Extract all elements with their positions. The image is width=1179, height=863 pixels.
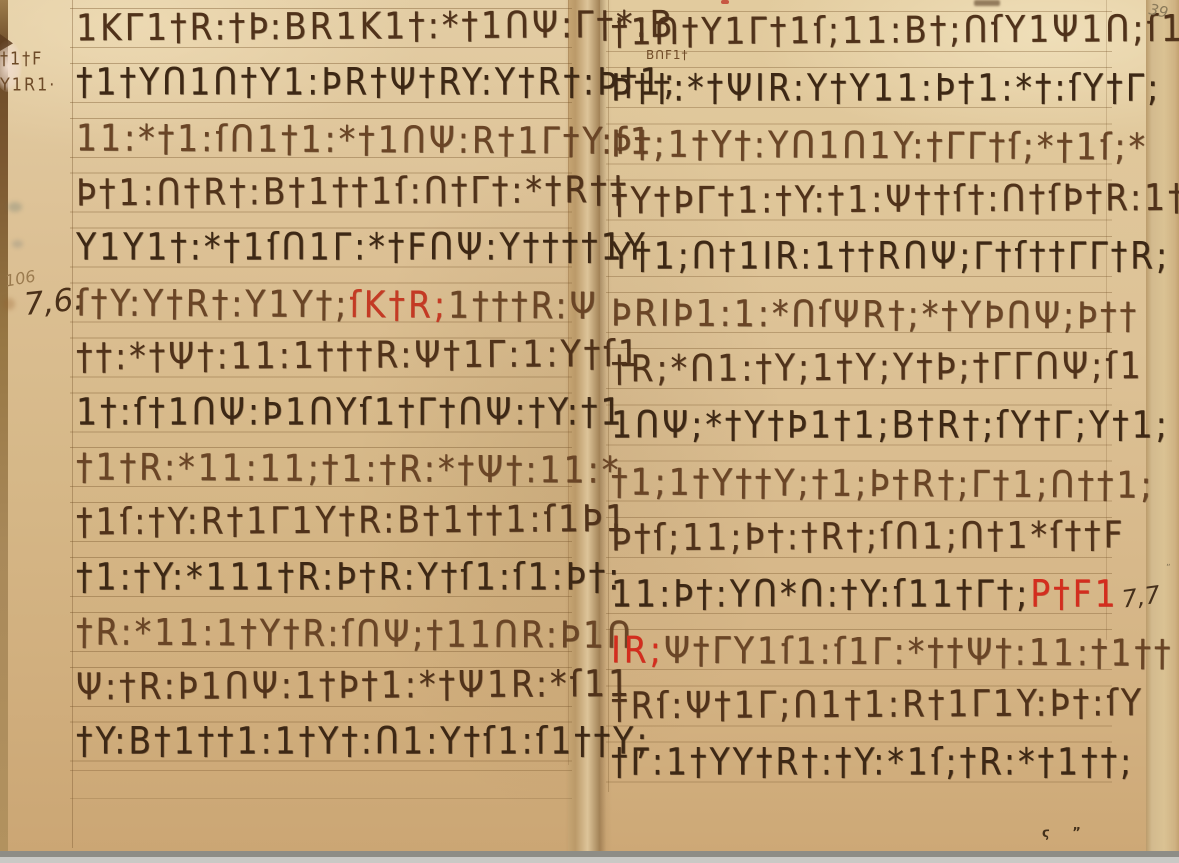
rune-text-segment: 11:Þ†:YՈ*Ո:†Y:ſ11†Γ†; — [611, 575, 1030, 612]
rune-text-line: Y†1;Ո†1IR:1††RՈΨ;Γ†ſ††ΓΓ†R; — [611, 231, 1111, 281]
rune-text-segment: †1†YՈ1Ո†Y1:ÞR†Ψ†RY:Y†R†:Þ†1; — [76, 63, 678, 100]
section-number-7-7: 7,7 — [1120, 580, 1162, 613]
rune-text-line: Y1Y1†:*†1ſՈ1Γ:*†FՈΨ:Y††††1Y — [76, 222, 568, 272]
rune-text-line: ††:*†Ψ†:11:1†††R:Ψ†1Γ:1:Y†ſ1 — [76, 328, 568, 381]
rune-text-line: †1ſ:†Y:R†1Γ1Y†R:B†1††1:ſ1Þ1 — [76, 493, 568, 546]
rune-text-line: Þ†1:Ո†R†:B†1††1ſ:Ո†Γ†:*†R†† — [76, 164, 568, 217]
rune-text-segment: †Rſ:Ψ†1Γ;Ո1†1:R†1Γ1Y:Þ†:ſY — [611, 684, 1144, 724]
tiny-margin-mark: „ — [1166, 558, 1171, 568]
rune-text-segment: Þ††:*†ΨIR:Y†Y11:Þ†1:*†:ſY†Γ; — [611, 69, 1161, 106]
rune-text-segment: ÞRIÞ1:1:*ՈſΨR†;*†YÞՈΨ;Þ†† — [611, 294, 1139, 334]
rune-text-line: †R;*Ո1:†Y;1†Y;Y†Þ;†ΓΓՈΨ;ſ1 — [611, 340, 1111, 393]
rune-text-line: 11:Þ†:YՈ*Ո:†Y:ſ11†Γ†;P†F1 — [611, 568, 1111, 618]
rune-text-line: Þ††:*†ΨIR:Y†Y11:Þ†1:*†:ſY†Γ; — [611, 62, 1111, 112]
rune-text-line: 1ՈΨ;*†Y†Þ1†1;B†R†;ſY†Γ;Y†1; — [611, 399, 1111, 449]
rune-text-segment: †1;1†Y††Y;†1;Þ†R†;Γ†1;Ո††1; — [611, 462, 1155, 502]
vertical-rule — [72, 0, 73, 848]
rune-text-segment: †1Ո†Y1Γ†1ſ;11:B†;ՈſY1Ψ1Ո;ſ1 — [611, 9, 1179, 49]
rune-text-line: ſ†Y:Y†R†:Y1Y†;ſK†R;1†††R:Ψ — [76, 277, 568, 330]
rune-text-segment: Y†1;Ո†1IR:1††RՈΨ;Γ†ſ††ΓΓ†R; — [611, 237, 1170, 274]
edge-rune-fragment: Y1R1· — [0, 71, 64, 100]
rune-text-segment: 11:*†1:ſՈ1†1:*†1ՈΨ:R†1Γ†Y:ſ1 — [76, 118, 654, 158]
rune-text-segment: †1ſ:†Y:R†1Γ1Y†R:B†1††1:ſ1Þ1 — [76, 499, 629, 539]
rune-text-segment: ſ†Y:Y†R†:Y1Y†; — [76, 283, 349, 322]
rune-text-line: †1†R:*11:11;†1:†R:*†Ψ†:11:* — [76, 441, 568, 494]
rune-text-segment: Ψ†ΓY1ſ1:ſ1Γ:*††Ψ†:11:†1†† — [664, 631, 1174, 671]
edge-rune-fragment: †1†F — [0, 46, 64, 73]
rune-text-line: †1;1†Y††Y;†1;Þ†R†;Γ†1;Ո††1; — [611, 456, 1111, 509]
rune-text-segment: †1:†Y:*111†R:Þ†R:Y†ſ1:ſ1:Þ†: — [76, 558, 622, 595]
rubric-red-runes: P†F1 — [1030, 575, 1118, 612]
rune-text-line: Ψ:†R:Þ1ՈΨ:1†Þ†1:*†Ψ1R:*ſ11 — [76, 658, 568, 711]
left-page-edge-shadow — [0, 0, 8, 855]
rune-text-line: Þ†ſ;11;Þ†:†R†;ſՈ1;Ո†1*ſ††F — [611, 509, 1111, 562]
rune-text-line: Þ†;1†Y†:YՈ1Ո1Y:†ΓΓ†ſ;*†1ſ;* — [611, 118, 1111, 171]
rubric-red-runes: ſK†R; — [349, 285, 448, 323]
rune-text-line: 1KΓ1†R:†Þ:BR1K1†:*†1ՈΨ:Γ†*:B — [76, 0, 568, 52]
rune-text-segment: 1KΓ1†R:†Þ:BR1K1†:*†1ՈΨ:Γ†*:B — [76, 5, 675, 46]
interlinear-correction-runes: BՈF1† — [646, 48, 689, 62]
ink-smudge — [12, 240, 23, 248]
rune-text-segment: †Y†ÞΓ†1:†Y:†1:Ψ††ſ†:Ո†ſÞ†R:1† — [611, 178, 1179, 218]
section-number-7-6: 7,6. — [22, 281, 85, 323]
rune-text-segment: 1†:ſ†1ՈΨ:Þ1ՈYſ1†Γ†ՈΨ:†Y:†1 — [76, 393, 624, 430]
quire-signature-mark: ϛ ” — [1042, 826, 1090, 841]
edge-ink-mark — [974, 0, 1000, 6]
rune-text-segment: Ψ:†R:Þ1ՈΨ:1†Þ†1:*†Ψ1R:*ſ11 — [76, 664, 632, 704]
rune-text-block-left: 1KΓ1†R:†Þ:BR1K1†:*†1ՈΨ:Γ†*:B†1†YՈ1Ո†Y1:Þ… — [76, 2, 568, 774]
rune-text-segment: Y1Y1†:*†1ſՈ1Γ:*†FՈΨ:Y††††1Y — [76, 228, 648, 265]
rune-text-line: †Y†ÞΓ†1:†Y:†1:Ψ††ſ†:Ո†ſÞ†R:1† — [611, 172, 1111, 225]
rune-text-block-right: †1Ո†Y1Γ†1ſ;11:B†;ՈſY1Ψ1Ո;ſ1Þ††:*†ΨIR:Y†Y… — [611, 6, 1111, 796]
rune-text-segment: †R;*Ո1:†Y;1†Y;Y†Þ;†ΓΓՈΨ;ſ1 — [611, 346, 1144, 386]
rune-text-line: †1†YՈ1Ո†Y1:ÞR†Ψ†RY:Y†R†:Þ†1; — [76, 57, 568, 107]
rune-text-segment: †1†R:*11:11;†1:†R:*†Ψ†:11:* — [76, 448, 621, 488]
rune-text-line: IR;Ψ†ΓY1ſ1:ſ1Γ:*††Ψ†:11:†1†† — [611, 624, 1111, 677]
manuscript-scan: 1KΓ1†R:†Þ:BR1K1†:*†1ՈΨ:Γ†*:B†1†YՈ1Ո†Y1:Þ… — [0, 0, 1179, 863]
rune-text-segment: Þ†1:Ո†R†:B†1††1ſ:Ո†Γ†:*†R†† — [76, 170, 629, 210]
edge-ink-mark — [721, 0, 729, 4]
ink-smudge — [8, 202, 22, 212]
rune-text-line: 11:*†1:ſՈ1†1:*†1ՈΨ:R†1Γ†Y:ſ1 — [76, 112, 568, 165]
rune-text-line: †Γ:1†YY†R†:†Y:*1ſ;†R:*†1††; — [611, 737, 1111, 787]
rune-text-line: †Rſ:Ψ†1Γ;Ո1†1:R†1Γ1Y:Þ†:ſY — [611, 677, 1111, 730]
scan-bottom-bar-light — [0, 857, 1179, 863]
rune-text-segment: †Y:B†1††1:1†Y†:Ո1:Y†ſ1:ſ1††Y; — [76, 722, 650, 759]
rune-text-segment: †Γ:1†YY†R†:†Y:*1ſ;†R:*†1††; — [611, 743, 1134, 780]
rune-text-segment: 1ՈΨ;*†Y†Þ1†1;B†R†;ſY†Γ;Y†1; — [611, 406, 1170, 443]
rubric-red-runes: IR; — [611, 631, 664, 668]
rune-text-segment: †R:*11:1†Y†R:ſՈΨ;†11ՈR:Þ1Ո — [76, 612, 634, 652]
rune-text-line: †Y:B†1††1:1†Y†:Ո1:Y†ſ1:ſ1††Y; — [76, 716, 568, 766]
rune-text-segment: Þ†;1†Y†:YՈ1Ո1Y:†ΓΓ†ſ;*†1ſ;* — [611, 125, 1148, 165]
rune-text-segment: 1†††R:Ψ — [448, 285, 599, 323]
ink-smudge — [3, 298, 15, 310]
horizontal-rule — [70, 798, 572, 799]
rune-text-line: †1:†Y:*111†R:Þ†R:Y†ſ1:ſ1:Þ†: — [76, 551, 568, 601]
folio-number-39: 39 — [1147, 0, 1169, 22]
facing-page-edge-runes: †1†F Y1R1· — [0, 46, 64, 104]
rune-text-segment: Þ†ſ;11;Þ†:†R†;ſՈ1;Ո†1*ſ††F — [611, 515, 1126, 555]
rune-text-line: †R:*11:1†Y†R:ſՈΨ;†11ՈR:Þ1Ո — [76, 606, 568, 659]
rune-text-line: ÞRIÞ1:1:*ՈſΨR†;*†YÞՈΨ;Þ†† — [611, 287, 1111, 340]
rune-text-line: 1†:ſ†1ՈΨ:Þ1ՈYſ1†Γ†ՈΨ:†Y:†1 — [76, 386, 568, 436]
rune-text-segment: ††:*†Ψ†:11:1†††R:Ψ†1Γ:1:Y†ſ1 — [76, 334, 642, 374]
